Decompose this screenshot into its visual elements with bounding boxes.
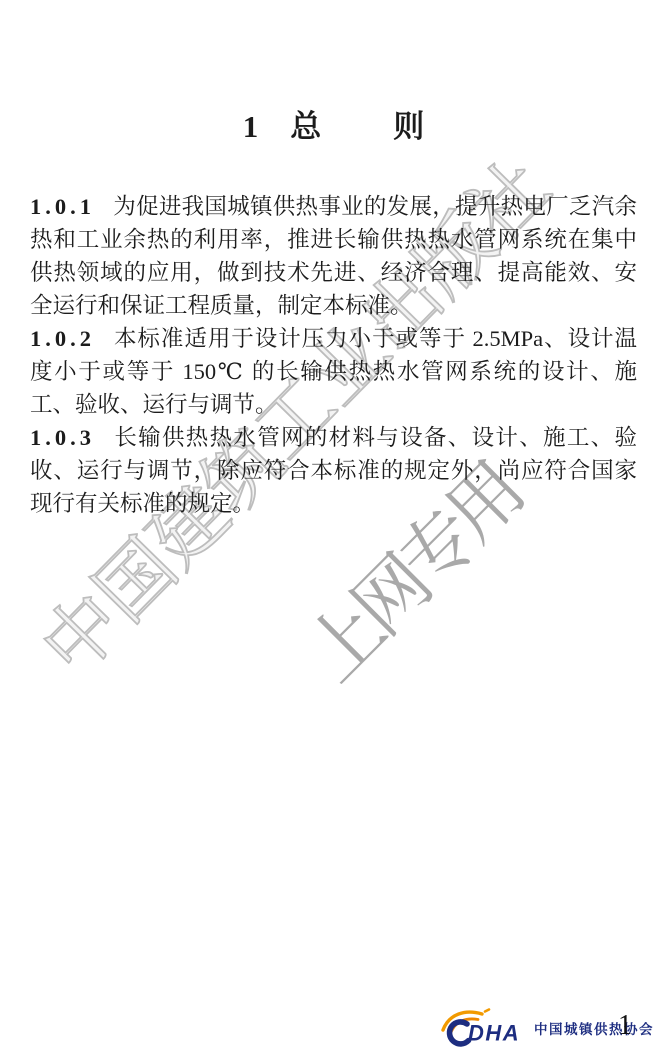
clause-text: 为促进我国城镇供热事业的发展，提升热电厂乏汽余热和工业余热的利用率，推进长输供热… [30,194,637,318]
clause-list: 1.0.1为促进我国城镇供热事业的发展，提升热电厂乏汽余热和工业余热的利用率，推… [30,190,637,520]
clause-number: 1.0.1 [30,194,113,219]
document-page: 中国建筑工业出版社 上网专用 1总则 1.0.1为促进我国城镇供热事业的发展，提… [0,0,667,1058]
chapter-title-word-1: 总 [290,109,321,144]
cdha-logo-name: 中国城镇供热协会 [534,1018,654,1038]
cdha-logo-icon: DHA [436,1007,528,1049]
clause-text: 长输供热热水管网的材料与设备、设计、施工、验收、运行与调节，除应符合本标准的规定… [30,425,637,516]
clause-item-1: 1.0.1为促进我国城镇供热事业的发展，提升热电厂乏汽余热和工业余热的利用率，推… [30,190,637,322]
chapter-number: 1 [243,109,259,144]
chapter-title: 1总则 [0,101,667,146]
page-number: 1 [618,1012,632,1040]
clause-number: 1.0.2 [30,326,113,351]
clause-number: 1.0.3 [30,425,113,450]
clause-text: 本标准适用于设计压力小于或等于 2.5MPa、设计温度小于或等于 150℃ 的长… [30,326,637,417]
chapter-title-word-2: 则 [393,109,424,144]
clause-item-2: 1.0.2本标准适用于设计压力小于或等于 2.5MPa、设计温度小于或等于 15… [30,322,637,421]
clause-item-3: 1.0.3长输供热热水管网的材料与设备、设计、施工、验收、运行与调节，除应符合本… [30,421,637,520]
cdha-logo-abbr: DHA [468,1021,520,1046]
